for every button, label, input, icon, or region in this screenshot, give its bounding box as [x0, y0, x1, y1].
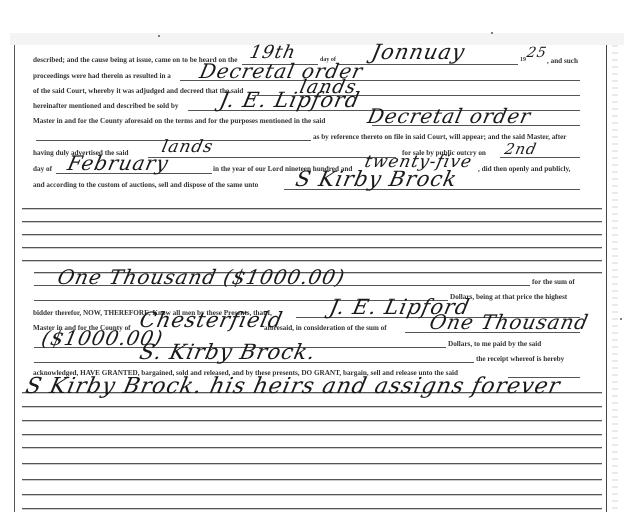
ruled-line: [22, 463, 602, 464]
page-top-edge: [10, 33, 624, 45]
printed-text: the receipt whereof is hereby: [476, 355, 564, 363]
printed-text: , did then openly and publicly,: [478, 165, 570, 173]
handwritten-decree: Decretal order: [365, 104, 533, 128]
ruled-line: [22, 494, 602, 495]
blank-line: [338, 64, 518, 65]
ruled-line: [22, 260, 602, 261]
handwritten-grantee: S. Kirby Brock.: [137, 340, 318, 364]
ruled-line: [22, 479, 602, 480]
ruled-line: [22, 447, 602, 448]
ruled-line: [22, 420, 602, 421]
right-border: [606, 45, 607, 512]
speck: [158, 35, 160, 37]
printed-text: of the said Court, whereby it was adjudg…: [33, 87, 243, 95]
handwritten-grantee: S Kirby Brock: [293, 167, 459, 191]
speck: [620, 318, 622, 320]
handwritten-sale-day: 2nd: [503, 140, 539, 158]
top-margin: [0, 0, 624, 33]
ruled-line: [22, 434, 602, 435]
ruled-line: [22, 234, 602, 235]
ruled-line: [22, 406, 602, 407]
ruled-line: [22, 221, 602, 222]
handwritten-month: February: [65, 151, 171, 175]
printed-text: for the sum of: [532, 278, 575, 286]
printed-text: proceedings were had therein as resulted…: [33, 72, 171, 80]
ruled-line: [22, 508, 602, 509]
ruled-line: [22, 247, 602, 248]
printed-text: day of: [33, 165, 52, 173]
printed-text: hereinafter mentioned and described be s…: [33, 102, 179, 110]
printed-text: aforesaid, in consideration of the sum o…: [264, 324, 387, 332]
handwritten-habendum: S Kirby Brock. his heirs and assigns for…: [23, 374, 562, 399]
speck: [491, 32, 493, 34]
printed-text: , and such: [547, 57, 578, 65]
printed-text: and according to the custom of auctions,…: [33, 181, 258, 189]
ruled-line: [22, 208, 602, 209]
handwritten-price: One Thousand ($1000.00): [55, 265, 347, 289]
printed-text: Master in and for the County aforesaid o…: [33, 117, 325, 125]
handwritten-master-name: J. E. Lipford: [217, 88, 362, 112]
handwritten-month: Jonnuay: [369, 40, 467, 64]
handwritten-amount-words: One Thousand: [427, 310, 591, 334]
blank-line: [148, 157, 396, 158]
printed-text: Dollars, to me paid by the said: [448, 340, 541, 348]
handwritten-year: 25: [525, 45, 548, 61]
binding-edge: [612, 45, 618, 512]
